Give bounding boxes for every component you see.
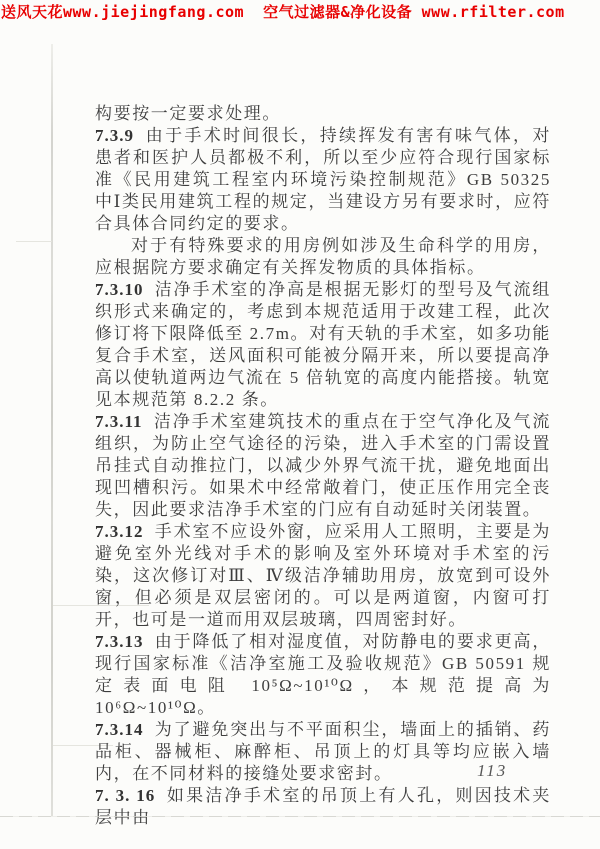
section-paragraph: 7.3.10洁净手术室的净高是根据无影灯的型号及气流组织形式来确定的，考虑到本规… [95, 279, 551, 411]
paragraph: 对于有特殊要求的用房例如涉及生命科学的用房，应根据院方要求确定有关挥发物质的具体… [95, 235, 551, 279]
section-number: 7. 3. 16 [95, 786, 155, 805]
section-paragraph: 7.3.13由于降低了相对湿度值，对防静电的要求更高，现行国家标准《洁净室施工及… [95, 631, 551, 719]
watermark-header: 送风天花www.jiejingfang.com空气过滤器&净化设备 www.rf… [1, 1, 584, 22]
watermark-right-url: 空气过滤器&净化设备 www.rfilter.com [263, 3, 565, 21]
section-number: 7.3.9 [95, 126, 134, 145]
section-number: 7.3.12 [95, 522, 144, 541]
watermark-left-url: 送风天花www.jiejingfang.com [1, 3, 244, 21]
section-number: 7.3.10 [95, 280, 144, 299]
section-paragraph: 7.3.11洁净手术室建筑技术的重点在于空气净化及气流组织，为防止空气途径的污染… [95, 411, 551, 521]
section-number: 7.3.13 [95, 632, 144, 651]
section-paragraph: 7.3.12手术室不应设外窗，应采用人工照明，主要是为避免室外光线对手术的影响及… [95, 521, 551, 631]
section-paragraph: 7. 3. 16如果洁净手术室的吊顶上有人孔，则因技术夹层中由 [95, 785, 551, 829]
scanned-document-page: 送风天花www.jiejingfang.com空气过滤器&净化设备 www.rf… [0, 0, 600, 849]
document-text-block: 构要按一定要求处理。7.3.9由于手术时间很长，持续挥发有害有味气体，对患者和医… [95, 103, 551, 829]
scan-stray-mark: , [514, 722, 518, 739]
scan-bottom-line [0, 816, 600, 817]
scan-streak [16, 241, 52, 242]
section-number: 7.3.14 [95, 720, 144, 739]
page-number: 113 [477, 761, 507, 781]
section-number: 7.3.11 [95, 412, 143, 431]
section-paragraph: 7.3.9由于手术时间很长，持续挥发有害有味气体，对患者和医护人员都极不利，所以… [95, 125, 551, 235]
scan-edge-line [51, 44, 53, 816]
paragraph: 构要按一定要求处理。 [95, 103, 551, 125]
